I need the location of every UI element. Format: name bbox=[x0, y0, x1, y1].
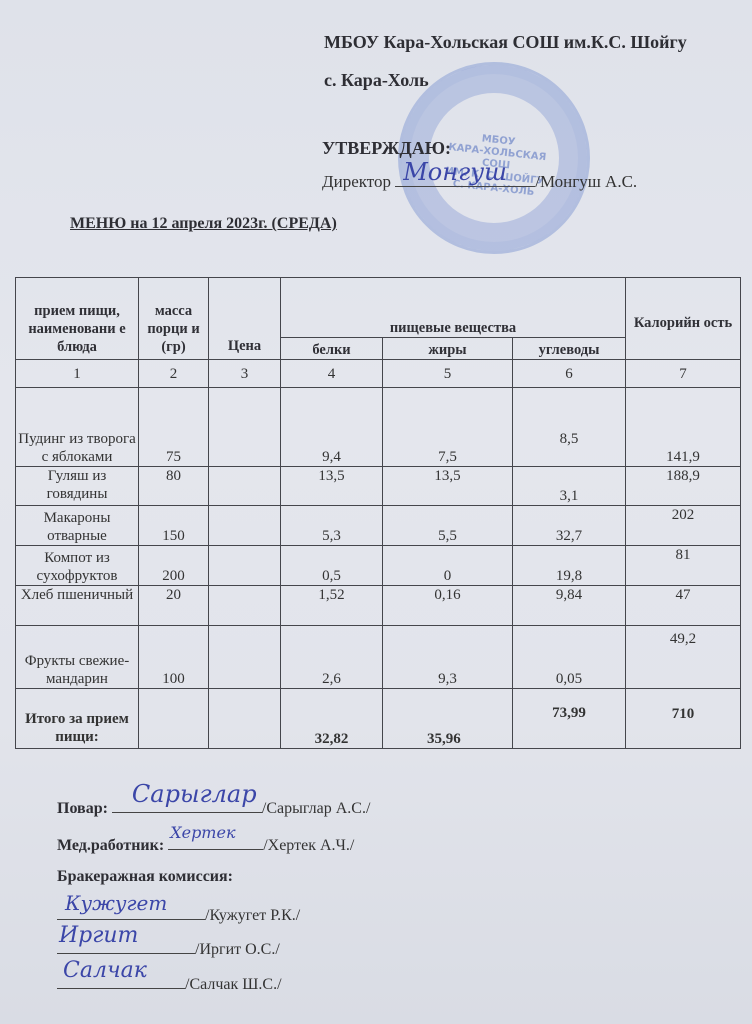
menu-title: МЕНЮ на 12 апреля 2023г. (СРЕДА) bbox=[70, 215, 337, 233]
dish-protein: 13,5 bbox=[281, 467, 383, 506]
dish-protein: 5,3 bbox=[281, 506, 383, 546]
column-number: 5 bbox=[383, 360, 513, 388]
cook-signature-row: Повар: Сарыглар /Сарыглар А.С./ bbox=[57, 796, 370, 818]
table-row: Макароны отварные 150 5,3 5,5 32,7 202 bbox=[16, 506, 741, 546]
header-price: Цена bbox=[209, 278, 281, 360]
director-signature: Монгуш bbox=[403, 158, 507, 186]
table-row: Пудинг из творога с яблоками 75 9,4 7,5 … bbox=[16, 388, 741, 467]
medic-signature: Хертек bbox=[170, 823, 235, 842]
total-row: Итого за прием пищи: 32,82 35,96 73,99 7… bbox=[16, 689, 741, 749]
total-mass bbox=[139, 689, 209, 749]
dish-carbs: 9,84 bbox=[513, 586, 626, 626]
dish-fat: 7,5 bbox=[383, 388, 513, 467]
commission-member-row: Салчак /Салчак Ш.С./ bbox=[57, 972, 282, 994]
commission-signature: Иргит bbox=[59, 923, 138, 948]
header-meal: прием пищи, наименовани е блюда bbox=[16, 278, 139, 360]
dish-name: Гуляш из говядины bbox=[16, 467, 139, 506]
dish-protein: 0,5 bbox=[281, 546, 383, 586]
dish-price bbox=[209, 586, 281, 626]
dish-calories: 202 bbox=[626, 506, 741, 546]
dish-fat: 5,5 bbox=[383, 506, 513, 546]
column-number: 4 bbox=[281, 360, 383, 388]
dish-carbs: 32,7 bbox=[513, 506, 626, 546]
dish-name: Хлеб пшеничный bbox=[16, 586, 139, 626]
table-row: Фрукты свежие-мандарин 100 2,6 9,3 0,05 … bbox=[16, 626, 741, 689]
cook-signature: Сарыглар bbox=[132, 780, 257, 808]
header-protein: белки bbox=[281, 338, 383, 360]
dish-calories: 81 bbox=[626, 546, 741, 586]
dish-protein: 1,52 bbox=[281, 586, 383, 626]
cook-signature-line: Сарыглар bbox=[112, 796, 262, 813]
total-label: Итого за прием пищи: bbox=[16, 689, 139, 749]
dish-mass: 75 bbox=[139, 388, 209, 467]
commission-label: Бракеражная комиссия: bbox=[57, 868, 233, 885]
header-calories: Калорийн ость bbox=[626, 278, 741, 360]
medic-signature-row: Мед.работник: Хертек /Хертек А.Ч./ bbox=[57, 833, 354, 855]
commission-signature-line: Кужугет bbox=[57, 903, 205, 920]
table-row: Компот из сухофруктов 200 0,5 0 19,8 81 bbox=[16, 546, 741, 586]
medic-name: /Хертек А.Ч./ bbox=[263, 837, 354, 854]
dish-protein: 9,4 bbox=[281, 388, 383, 467]
total-calories: 710 bbox=[626, 689, 741, 749]
header-mass: масса порци и (гр) bbox=[139, 278, 209, 360]
medic-signature-line: Хертек bbox=[168, 833, 263, 850]
cook-label: Повар: bbox=[57, 800, 108, 817]
table-row: Гуляш из говядины 80 13,5 13,5 3,1 188,9 bbox=[16, 467, 741, 506]
dish-carbs: 3,1 bbox=[513, 467, 626, 506]
commission-member-name: /Салчак Ш.С./ bbox=[185, 976, 282, 993]
dish-fat: 9,3 bbox=[383, 626, 513, 689]
column-number: 1 bbox=[16, 360, 139, 388]
commission-member-row: Иргит /Иргит О.С./ bbox=[57, 937, 280, 959]
header-carbs: углеводы bbox=[513, 338, 626, 360]
dish-name: Фрукты свежие-мандарин bbox=[16, 626, 139, 689]
commission-member-row: Кужугет /Кужугет Р.К./ bbox=[57, 903, 300, 925]
commission-signature: Салчак bbox=[63, 958, 147, 983]
dish-mass: 20 bbox=[139, 586, 209, 626]
organization-name: МБОУ Кара-Хольская СОШ им.К.С. Шойгу bbox=[324, 32, 687, 53]
column-number: 2 bbox=[139, 360, 209, 388]
dish-price bbox=[209, 546, 281, 586]
dish-calories: 141,9 bbox=[626, 388, 741, 467]
total-protein: 32,82 bbox=[281, 689, 383, 749]
total-carbs: 73,99 bbox=[513, 689, 626, 749]
table-row: Хлеб пшеничный 20 1,52 0,16 9,84 47 bbox=[16, 586, 741, 626]
column-numbers-row: 1 2 3 4 5 6 7 bbox=[16, 360, 741, 388]
dish-carbs: 8,5 bbox=[513, 388, 626, 467]
village-name: с. Кара-Холь bbox=[324, 70, 429, 91]
cook-name: /Сарыглар А.С./ bbox=[262, 800, 370, 817]
approve-heading: УТВЕРЖДАЮ: bbox=[322, 138, 451, 159]
commission-signature-line: Иргит bbox=[57, 937, 195, 954]
dish-price bbox=[209, 626, 281, 689]
header-fat: жиры bbox=[383, 338, 513, 360]
dish-calories: 188,9 bbox=[626, 467, 741, 506]
dish-mass: 80 bbox=[139, 467, 209, 506]
dish-calories: 47 bbox=[626, 586, 741, 626]
commission-member-name: /Иргит О.С./ bbox=[195, 941, 280, 958]
dish-name: Макароны отварные bbox=[16, 506, 139, 546]
total-price bbox=[209, 689, 281, 749]
director-label: Директор bbox=[322, 172, 391, 191]
dish-fat: 0 bbox=[383, 546, 513, 586]
commission-signature: Кужугет bbox=[65, 891, 167, 915]
director-name: /Монгуш А.С. bbox=[535, 172, 637, 191]
dish-fat: 13,5 bbox=[383, 467, 513, 506]
dish-protein: 2,6 bbox=[281, 626, 383, 689]
menu-table: прием пищи, наименовани е блюда масса по… bbox=[15, 277, 741, 749]
dish-calories: 49,2 bbox=[626, 626, 741, 689]
dish-name: Компот из сухофруктов bbox=[16, 546, 139, 586]
director-approval: Директор Монгуш /Монгуш А.С. bbox=[322, 172, 637, 192]
dish-carbs: 19,8 bbox=[513, 546, 626, 586]
commission-signature-line: Салчак bbox=[57, 972, 185, 989]
commission-member-name: /Кужугет Р.К./ bbox=[205, 907, 300, 924]
dish-mass: 100 bbox=[139, 626, 209, 689]
dish-carbs: 0,05 bbox=[513, 626, 626, 689]
column-number: 6 bbox=[513, 360, 626, 388]
dish-price bbox=[209, 467, 281, 506]
dish-price bbox=[209, 388, 281, 467]
column-number: 7 bbox=[626, 360, 741, 388]
column-number: 3 bbox=[209, 360, 281, 388]
medic-label: Мед.работник: bbox=[57, 837, 164, 854]
dish-name: Пудинг из творога с яблоками bbox=[16, 388, 139, 467]
dish-fat: 0,16 bbox=[383, 586, 513, 626]
dish-mass: 150 bbox=[139, 506, 209, 546]
dish-price bbox=[209, 506, 281, 546]
dish-mass: 200 bbox=[139, 546, 209, 586]
total-fat: 35,96 bbox=[383, 689, 513, 749]
header-nutrients: пищевые вещества bbox=[281, 278, 626, 338]
director-signature-line: Монгуш bbox=[395, 172, 535, 187]
commission-heading: Бракеражная комиссия: bbox=[57, 868, 233, 886]
